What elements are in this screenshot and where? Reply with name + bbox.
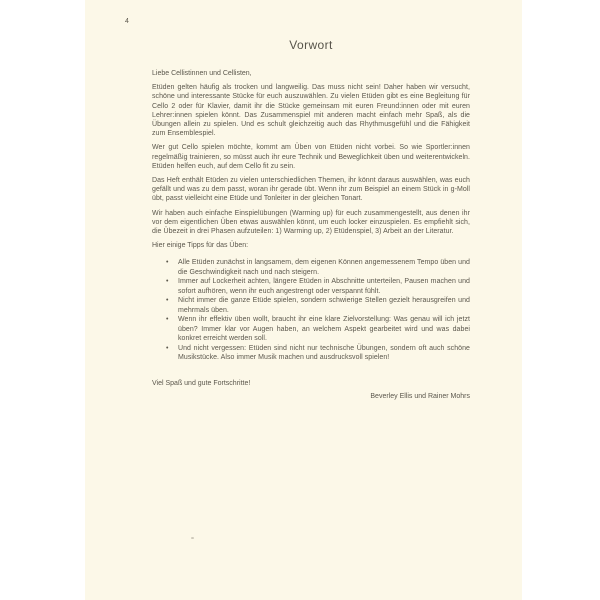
paragraph-4: Wir haben auch einfache Einspielübungen … — [152, 209, 470, 237]
bullet-icon: • — [166, 315, 169, 324]
paragraph-2: Wer gut Cello spielen möchte, kommt am Ü… — [152, 143, 470, 171]
bullet-icon: • — [166, 296, 169, 305]
tip-item: • Immer auf Lockerheit achten, längere E… — [152, 277, 470, 295]
page-number: 4 — [125, 18, 129, 25]
page-content: Vorwort Liebe Cellistinnen und Cellisten… — [152, 0, 470, 401]
salutation: Liebe Cellistinnen und Cellisten, — [152, 69, 470, 78]
tip-item: • Nicht immer die ganze Etüde spielen, s… — [152, 296, 470, 314]
tip-text: Wenn ihr effektiv üben wollt, braucht ih… — [178, 316, 470, 341]
tip-text: Nicht immer die ganze Etüde spielen, son… — [178, 297, 470, 313]
tip-text: Immer auf Lockerheit achten, längere Etü… — [178, 278, 470, 294]
authors-line: Beverley Ellis und Rainer Mohrs — [152, 392, 470, 401]
book-page: 4 Vorwort Liebe Cellistinnen und Cellist… — [85, 0, 522, 600]
tips-list: • Alle Etüden zunächst in langsamem, dem… — [152, 258, 470, 362]
tip-text: Alle Etüden zunächst in langsamem, dem e… — [178, 259, 470, 275]
tip-item: • Und nicht vergessen: Etüden sind nicht… — [152, 344, 470, 362]
bullet-icon: • — [166, 277, 169, 286]
tip-item: • Wenn ihr effektiv üben wollt, braucht … — [152, 315, 470, 343]
paragraph-3: Das Heft enthält Etüden zu vielen unters… — [152, 176, 470, 204]
page-title: Vorwort — [152, 38, 470, 52]
tip-text: Und nicht vergessen: Etüden sind nicht n… — [178, 345, 470, 361]
paragraph-1: Etüden gelten häufig als trocken und lan… — [152, 83, 470, 138]
scan-artifact-dot — [191, 537, 194, 539]
bullet-icon: • — [166, 258, 169, 267]
scan-background: 4 Vorwort Liebe Cellistinnen und Cellist… — [0, 0, 600, 600]
closing-line: Viel Spaß und gute Fortschritte! — [152, 379, 470, 388]
tip-item: • Alle Etüden zunächst in langsamem, dem… — [152, 258, 470, 276]
tips-intro: Hier einige Tipps für das Üben: — [152, 241, 470, 250]
bullet-icon: • — [166, 344, 169, 353]
